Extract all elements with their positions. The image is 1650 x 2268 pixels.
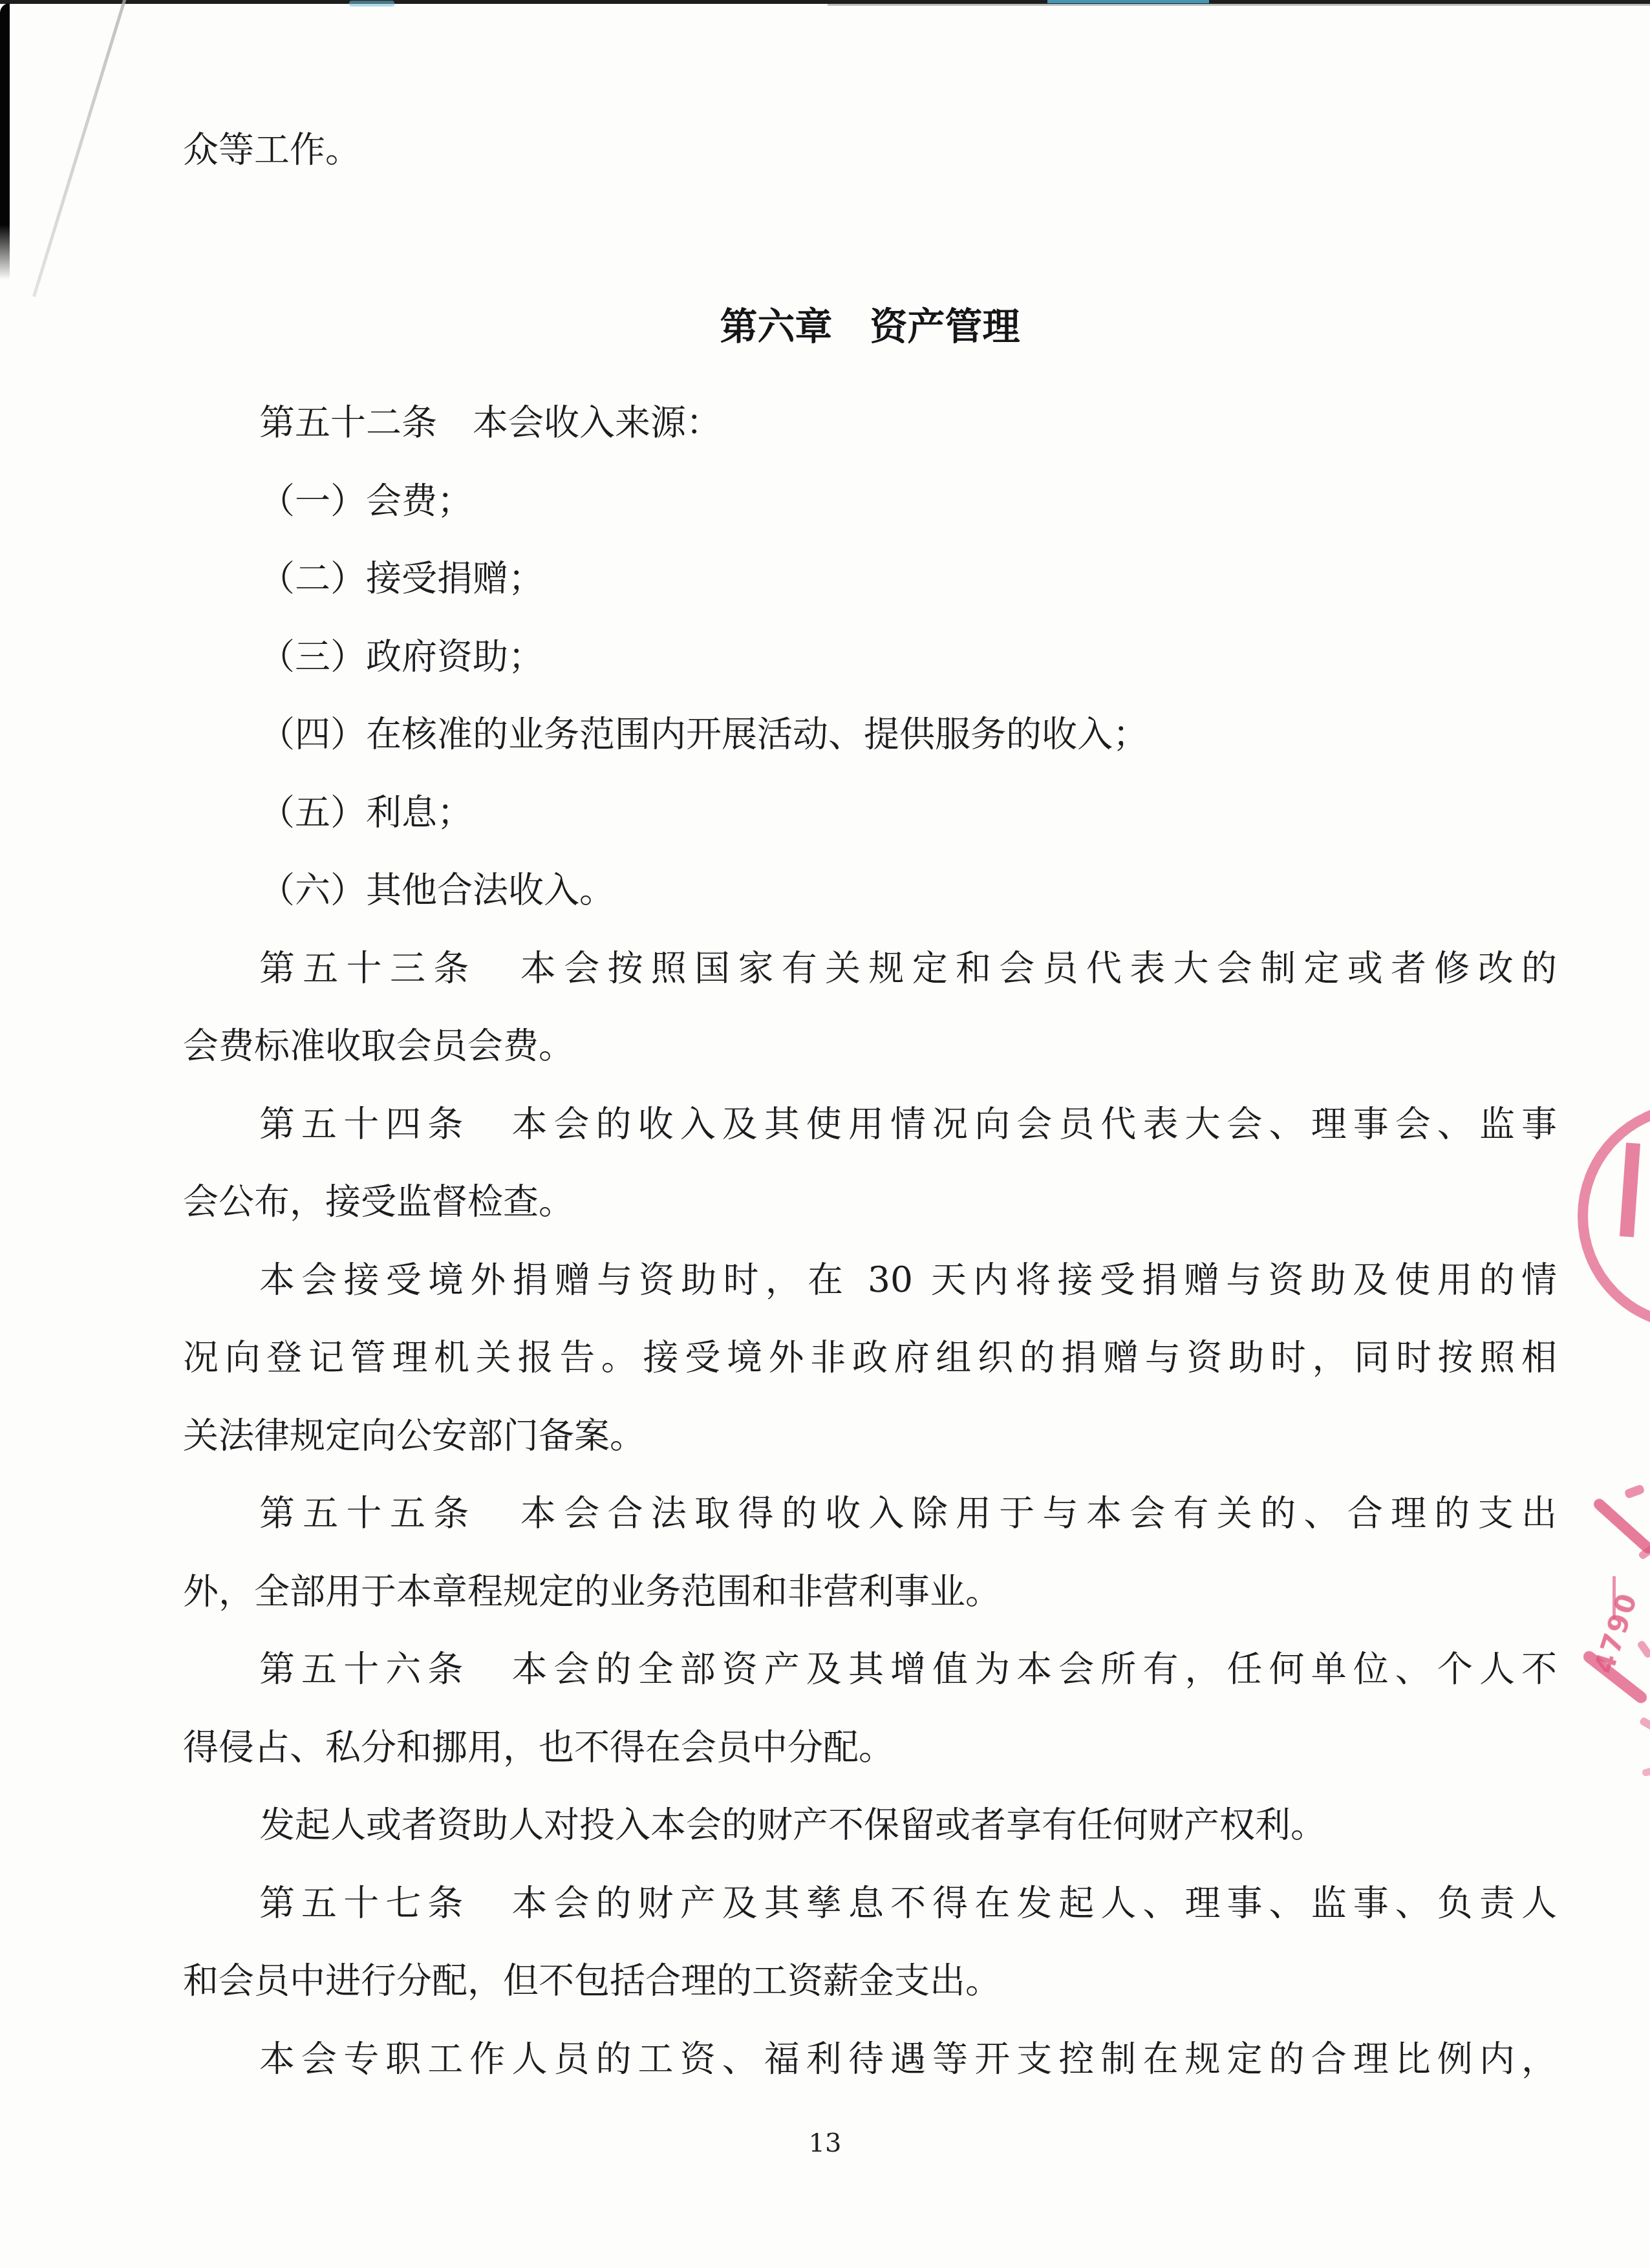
body-line: 关法律规定向公安部门备案。 <box>183 1397 1557 1473</box>
list-item-line: （一）会费； <box>183 462 1557 539</box>
body-line: 众等工作。 <box>183 111 1557 187</box>
article-line: 第五十三条 本会按照国家有关规定和会员代表大会制定或者修改的 <box>183 930 1557 1006</box>
red-stamp-mark <box>1636 1640 1650 1659</box>
list-item-line: （四）在核准的业务范围内开展活动、提供服务的收入； <box>183 696 1557 772</box>
body-line: 况向登记管理机关报告。接受境外非政府组织的捐赠与资助时，同时按照相 <box>183 1319 1557 1395</box>
red-stamp-mark <box>1639 1717 1650 1731</box>
article-line: 第五十二条 本会收入来源： <box>183 384 1557 460</box>
red-stamp-stroke <box>1591 1497 1650 1556</box>
article-line: 第五十七条 本会的财产及其孳息不得在发起人、理事、监事、负责人 <box>183 1865 1557 1941</box>
red-stamp-mark <box>1624 1484 1645 1499</box>
red-stamp-mark <box>1642 1767 1650 1777</box>
body-line: 会费标准收取会员会费。 <box>183 1007 1557 1084</box>
body-line: 外，全部用于本章程规定的业务范围和非营利事业。 <box>183 1553 1557 1629</box>
list-item-line: （三）政府资助； <box>183 618 1557 694</box>
body-line: 本会接受境外捐赠与资助时，在 30 天内将接受捐赠与资助及使用的情 <box>183 1241 1557 1318</box>
body-line: 会公布，接受监督检查。 <box>183 1163 1557 1239</box>
article-line: 第五十六条 本会的全部资产及其增值为本会所有，任何单位、个人不 <box>183 1631 1557 1707</box>
list-item-line: （六）其他合法收入。 <box>183 851 1557 928</box>
body-line: 得侵占、私分和挪用，也不得在会员中分配。 <box>183 1709 1557 1785</box>
page-number: 13 <box>0 2128 1650 2158</box>
document-text-block: 众等工作。 第六章 资产管理 第五十二条 本会收入来源： （一）会费； （二）接… <box>183 0 1557 2268</box>
red-seal-arc-fragment <box>1578 1102 1650 1330</box>
list-item-line: （二）接受捐赠； <box>183 540 1557 616</box>
article-line: 第五十四条 本会的收入及其使用情况向会员代表大会、理事会、监事 <box>183 1086 1557 1162</box>
chapter-heading: 第六章 资产管理 <box>183 304 1557 349</box>
scanned-document-page: 众等工作。 第六章 资产管理 第五十二条 本会收入来源： （一）会费； （二）接… <box>0 0 1650 2268</box>
body-line: 发起人或者资助人对投入本会的财产不保留或者享有任何财产权利。 <box>183 1786 1557 1863</box>
article-line: 第五十五条 本会合法取得的收入除用于与本会有关的、合理的支出 <box>183 1475 1557 1551</box>
body-line: 本会专职工作人员的工资、福利待遇等开支控制在规定的合理比例内， <box>183 2020 1557 2097</box>
list-item-line: （五）利息； <box>183 774 1557 850</box>
body-line: 和会员中进行分配，但不包括合理的工资薪金支出。 <box>183 1942 1557 2018</box>
page-corner-fold-shade <box>0 0 142 317</box>
